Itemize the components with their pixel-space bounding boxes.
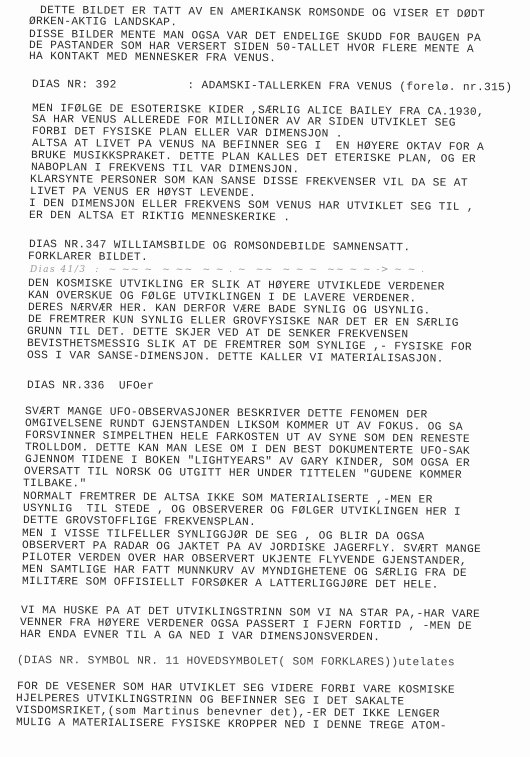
dias-392-heading: DIAS NR: 392 : ADAMSKI-TALLERKEN FRA VEN… — [32, 79, 512, 94]
text-line: MULIG A MATERIALISERE FYSISKE KROPPER NE… — [16, 717, 447, 733]
text-line: MILITÆRE SOM OFFISIELLT FORSØKER A LATTE… — [22, 576, 439, 592]
text-line: TILBAKE." — [23, 478, 87, 491]
symbol-note: (DIAS NR. SYMBOL NR. 11 HOVEDSYMBOLET( S… — [17, 655, 455, 669]
scanned-document-page: DETTE BILDET ER TATT AV EN AMERIKANSK RO… — [0, 0, 530, 757]
text-line: HAR ENDA EVNER TIL A GA NED I VAR DIMENS… — [20, 629, 380, 644]
handwritten-annotation: Dias 41/3 : ~ ~~ ~ ~ ~~ ~ ~ . ~ ~~ ~ ~ ~… — [30, 264, 425, 276]
text-line: FORKLARER BILDET. — [28, 251, 148, 264]
text-line: HA KONTAKT MED MENNESKER FRA VENUS. — [29, 51, 276, 65]
text-line: OVERSATT TIL NORSK OG UTGITT HER UNDER T… — [24, 466, 462, 482]
dias-336-heading: DIAS NR.336 UFOer — [27, 380, 154, 393]
text-line: DETTE GROVSTOFFLIGE FREKVENSPLAN. — [23, 515, 256, 529]
text-line: OSS I VAR SANSE-DIMENSJON. DETTE KALLER … — [27, 350, 444, 366]
text-line: ØRKEN-AKTIG LANDSKAP. — [29, 16, 177, 29]
text-line: ER DEN ALTSA ET RIKTIG MENNESKERIKE . — [29, 210, 290, 224]
